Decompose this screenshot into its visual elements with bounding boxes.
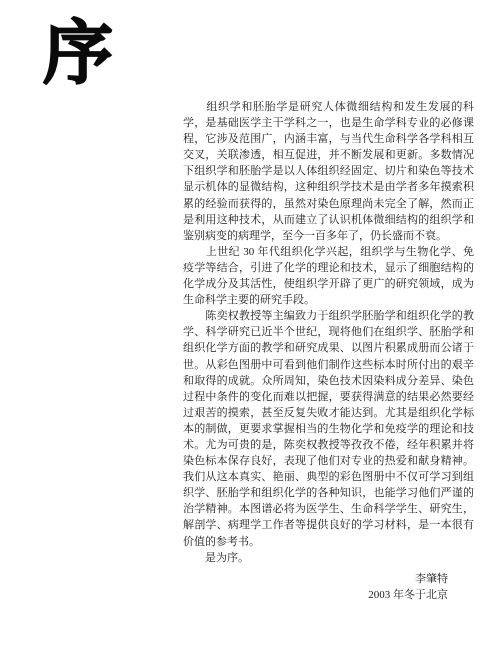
text-line: 解剖学、病理学工作者等提供良好的学习材料，是一本很有 [183,517,474,533]
text-line: 累的经验而获得的，虽然对染色原理尚未完全了解，然而正 [183,196,474,212]
text-line: 术。尤为可贵的是，陈奕权教授等孜孜不倦，经年积累并将 [183,437,474,453]
paragraph: 是为序。 [183,550,474,566]
text-line: 程，它涉及范围广，内涵丰富，与当代生命科学各学科相互 [183,131,474,147]
text-line: 过艰苦的摸索，甚至反复失败才能达到。尤其是组织化学标 [183,405,474,421]
text-line: 过程中条件的变化而难以把握，要获得满意的结果必然要经 [183,389,474,405]
text-line: 组织化学方面的教学和研究成果、以图片积累成册而公诸于 [183,340,474,356]
paragraph: 上世纪 30 年代组织化学兴起，组织学与生物化学、免疫学等结合，引进了化学的理论… [183,244,474,308]
preface-page: 序 组织学和胚胎学是研究人体微细结构和发生发展的科学，是基础医学主干学科之一，也… [0,0,500,661]
text-line: 世。从彩色图册中可看到他们制作这些标本时所付出的艰辛 [183,357,474,373]
text-line: 是利用这种技术，从而建立了认识机体微细结构的组织学和 [183,212,474,228]
text-line: 疫学等结合，引进了化学的理论和技术，显示了细胞结构的 [183,260,474,276]
text-line: 我们从这本真实、艳丽、典型的彩色图册中不仅可学习到组 [183,469,474,485]
text-line: 上世纪 30 年代组织化学兴起，组织学与生物化学、免 [183,244,474,260]
text-line: 和取得的成就。众所周知，染色技术因染料成分差异、染色 [183,373,474,389]
text-line: 鉴别病变的病理学，至今一百多年了，仍长盛而不衰。 [183,228,474,244]
text-line: 染色标本保存良好，表现了他们对专业的热爱和献身精神。 [183,453,474,469]
text-line: 本的制做，更要求掌握相当的生物化学和免疫学的理论和技 [183,421,474,437]
text-line: 学、科学研究已近半个世纪，现将他们在组织学、胚胎学和 [183,324,474,340]
text-line: 组织学和胚胎学是研究人体微细结构和发生发展的科 [183,99,474,115]
text-line: 是为序。 [183,550,474,566]
signature-name: 李肇特 [183,571,448,588]
text-line: 织学、胚胎学和组织化学的各种知识，也能学习他们严谨的 [183,485,474,501]
text-line: 显示机体的显微结构，这种组织学技术是由学者多年摸索积 [183,179,474,195]
text-line: 交叉，关联渗透，相互促进，并不断发展和更新。多数情况 [183,147,474,163]
text-line: 化学成分及其活性，使组织学开辟了更广的研究领域，成为 [183,276,474,292]
text-line: 价值的参考书。 [183,534,474,550]
paragraph: 组织学和胚胎学是研究人体微细结构和发生发展的科学，是基础医学主干学科之一，也是生… [183,99,474,244]
page-title: 序 [43,10,113,96]
paragraph: 陈奕权教授等主编致力于组织学胚胎学和组织化学的教学、科学研究已近半个世纪，现将他… [183,308,474,549]
signature-block: 李肇特2003 年冬于北京 [183,571,474,604]
text-line: 下组织学和胚胎学是以人体组织经固定、切片和染色等技术 [183,163,474,179]
text-line: 生命科学主要的研究手段。 [183,292,474,308]
text-line: 陈奕权教授等主编致力于组织学胚胎学和组织化学的教 [183,308,474,324]
text-line: 治学精神。本图谱必将为医学生、生命科学学生、研究生， [183,501,474,517]
signature-date: 2003 年冬于北京 [183,587,448,604]
text-line: 学，是基础医学主干学科之一，也是生命学科专业的必修课 [183,115,474,131]
preface-body: 组织学和胚胎学是研究人体微细结构和发生发展的科学，是基础医学主干学科之一，也是生… [183,99,474,604]
